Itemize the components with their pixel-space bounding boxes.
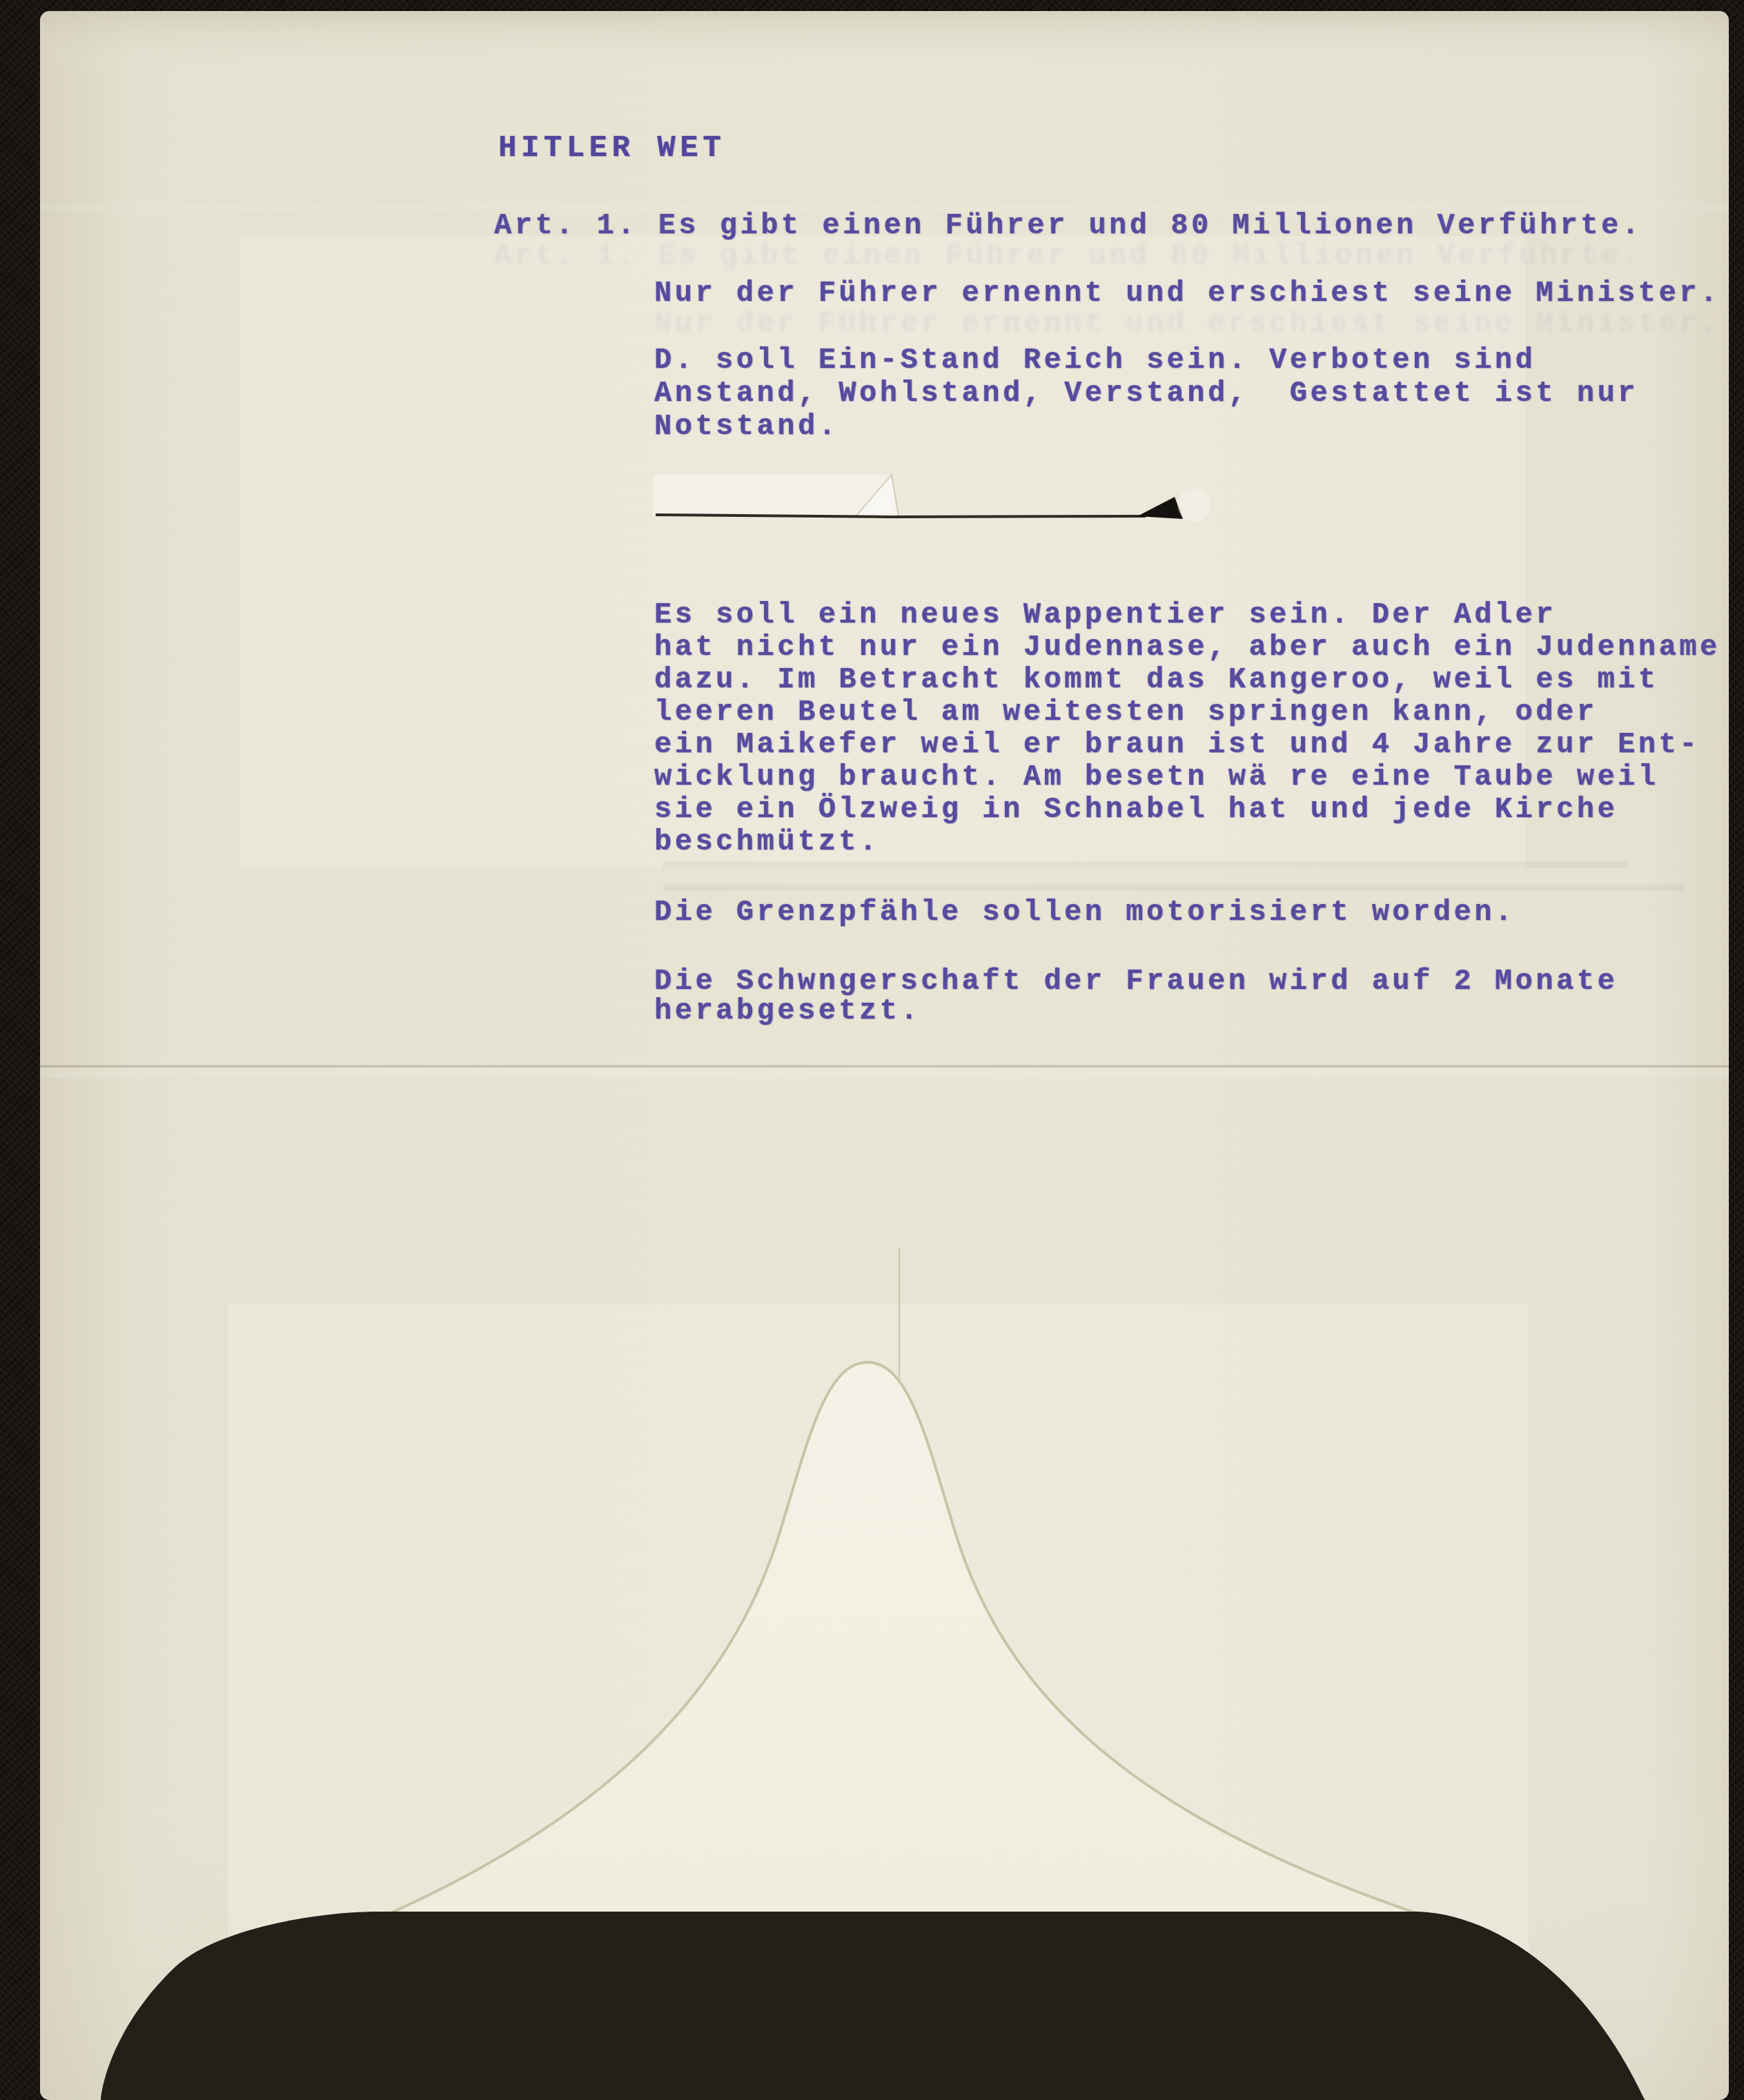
typed-line: sie ein Ölzweig in Schnabel hat und jede… (654, 794, 1618, 826)
typed-line: Es soll ein neues Wappentier sein. Der A… (654, 599, 1556, 631)
typed-line: Die Grenzpfähle sollen motorisiert worde… (654, 896, 1516, 929)
scanned-document: HITLER WET Art. 1. Es gibt einen Führer … (0, 0, 1744, 2100)
typed-line: Nur der Führer ernennt und erschiest sei… (654, 277, 1721, 310)
typed-line: D. soll Ein-Stand Reich sein. Verboten s… (654, 344, 1536, 377)
typed-line: dazu. Im Betracht kommt das Kangeroo, we… (654, 664, 1659, 696)
typed-line: Anstand, Wohlstand, Verstand, Gestattet … (654, 377, 1638, 410)
typed-line: Die Schwngerschaft der Frauen wird auf 2… (654, 965, 1618, 998)
typed-text-layer: HITLER WET Art. 1. Es gibt einen Führer … (0, 0, 1744, 2100)
typed-line: leeren Beutel am weitesten springen kann… (654, 696, 1597, 729)
typed-line: hat nicht nur ein Judennase, aber auch e… (654, 631, 1721, 664)
typed-line: ein Maikefer weil er braun ist und 4 Jah… (654, 729, 1700, 761)
typed-line: Notstand. (654, 411, 839, 443)
typed-line-article: Art. 1. Es gibt einen Führer und 80 Mill… (494, 210, 1642, 242)
typed-line: herabgesetzt. (654, 995, 921, 1028)
typed-line: beschmützt. (654, 826, 880, 858)
typed-line: wicklung braucht. Am besetn wä re eine T… (654, 761, 1659, 794)
document-title: HITLER WET (498, 133, 725, 165)
ink-ghost-line: Nur der Führer ernennt und erschiest sei… (654, 308, 1721, 340)
ink-ghost-line: Art. 1. Es gibt einen Führer und 80 Mill… (494, 240, 1642, 273)
